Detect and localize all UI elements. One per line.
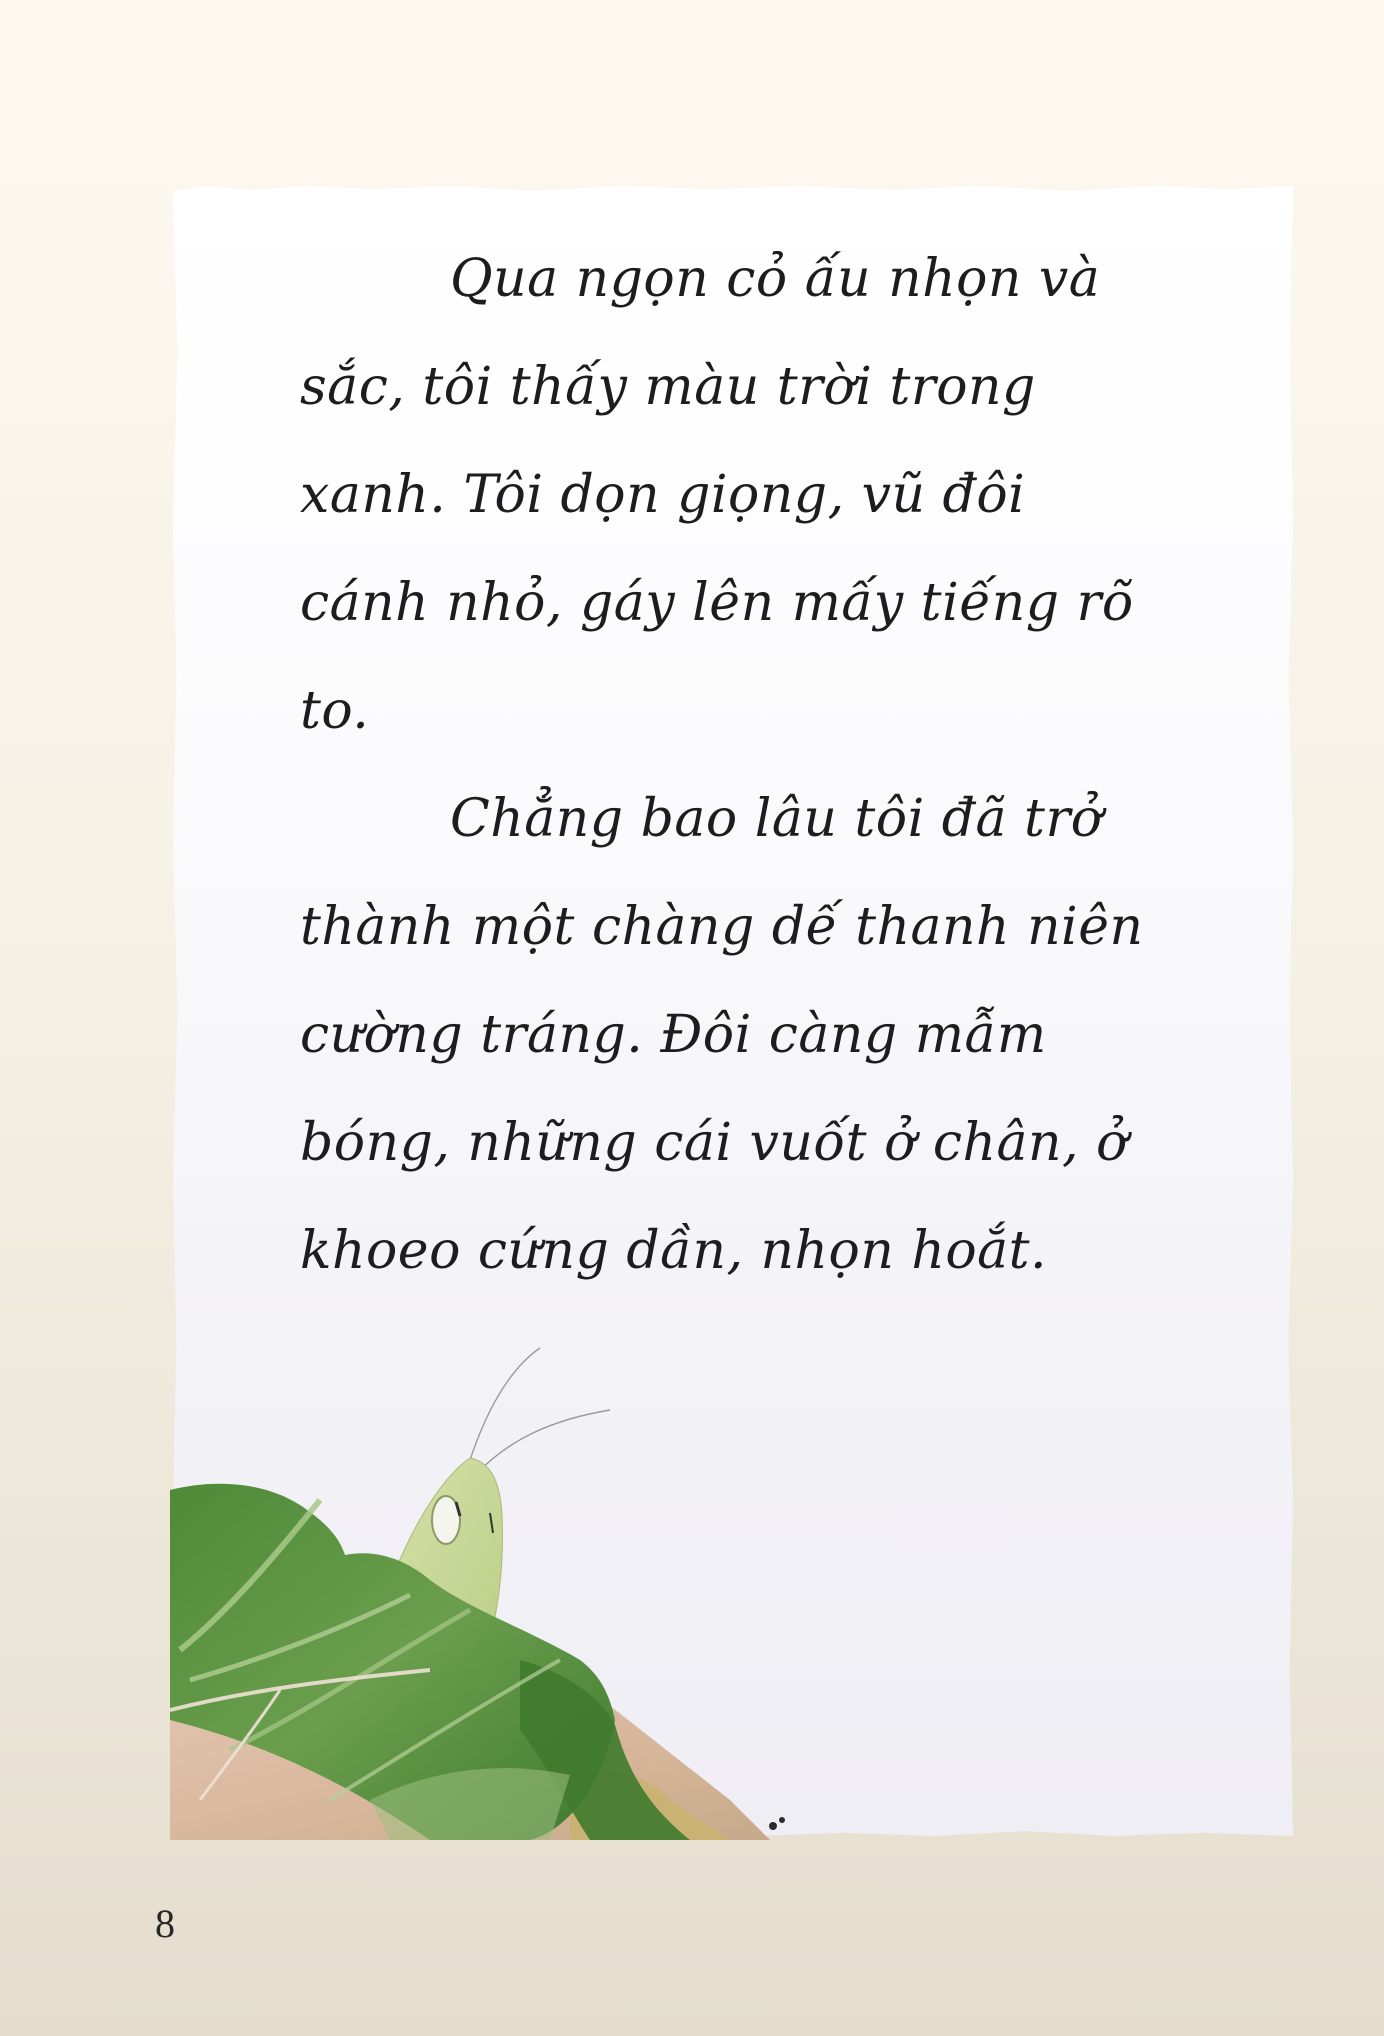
page-number: 8 <box>155 1900 175 1947</box>
paragraph-1: Qua ngọn cỏ ấu nhọn và sắc, tôi thấy màu… <box>300 225 1160 765</box>
antenna-right <box>478 1410 610 1472</box>
handwritten-text-block: Qua ngọn cỏ ấu nhọn và sắc, tôi thấy màu… <box>300 225 1160 1305</box>
cricket-on-leaf-illustration <box>170 1330 820 1840</box>
paragraph-2: Chẳng bao lâu tôi đã trở thành một chàng… <box>300 765 1160 1305</box>
antenna-left <box>470 1348 540 1460</box>
